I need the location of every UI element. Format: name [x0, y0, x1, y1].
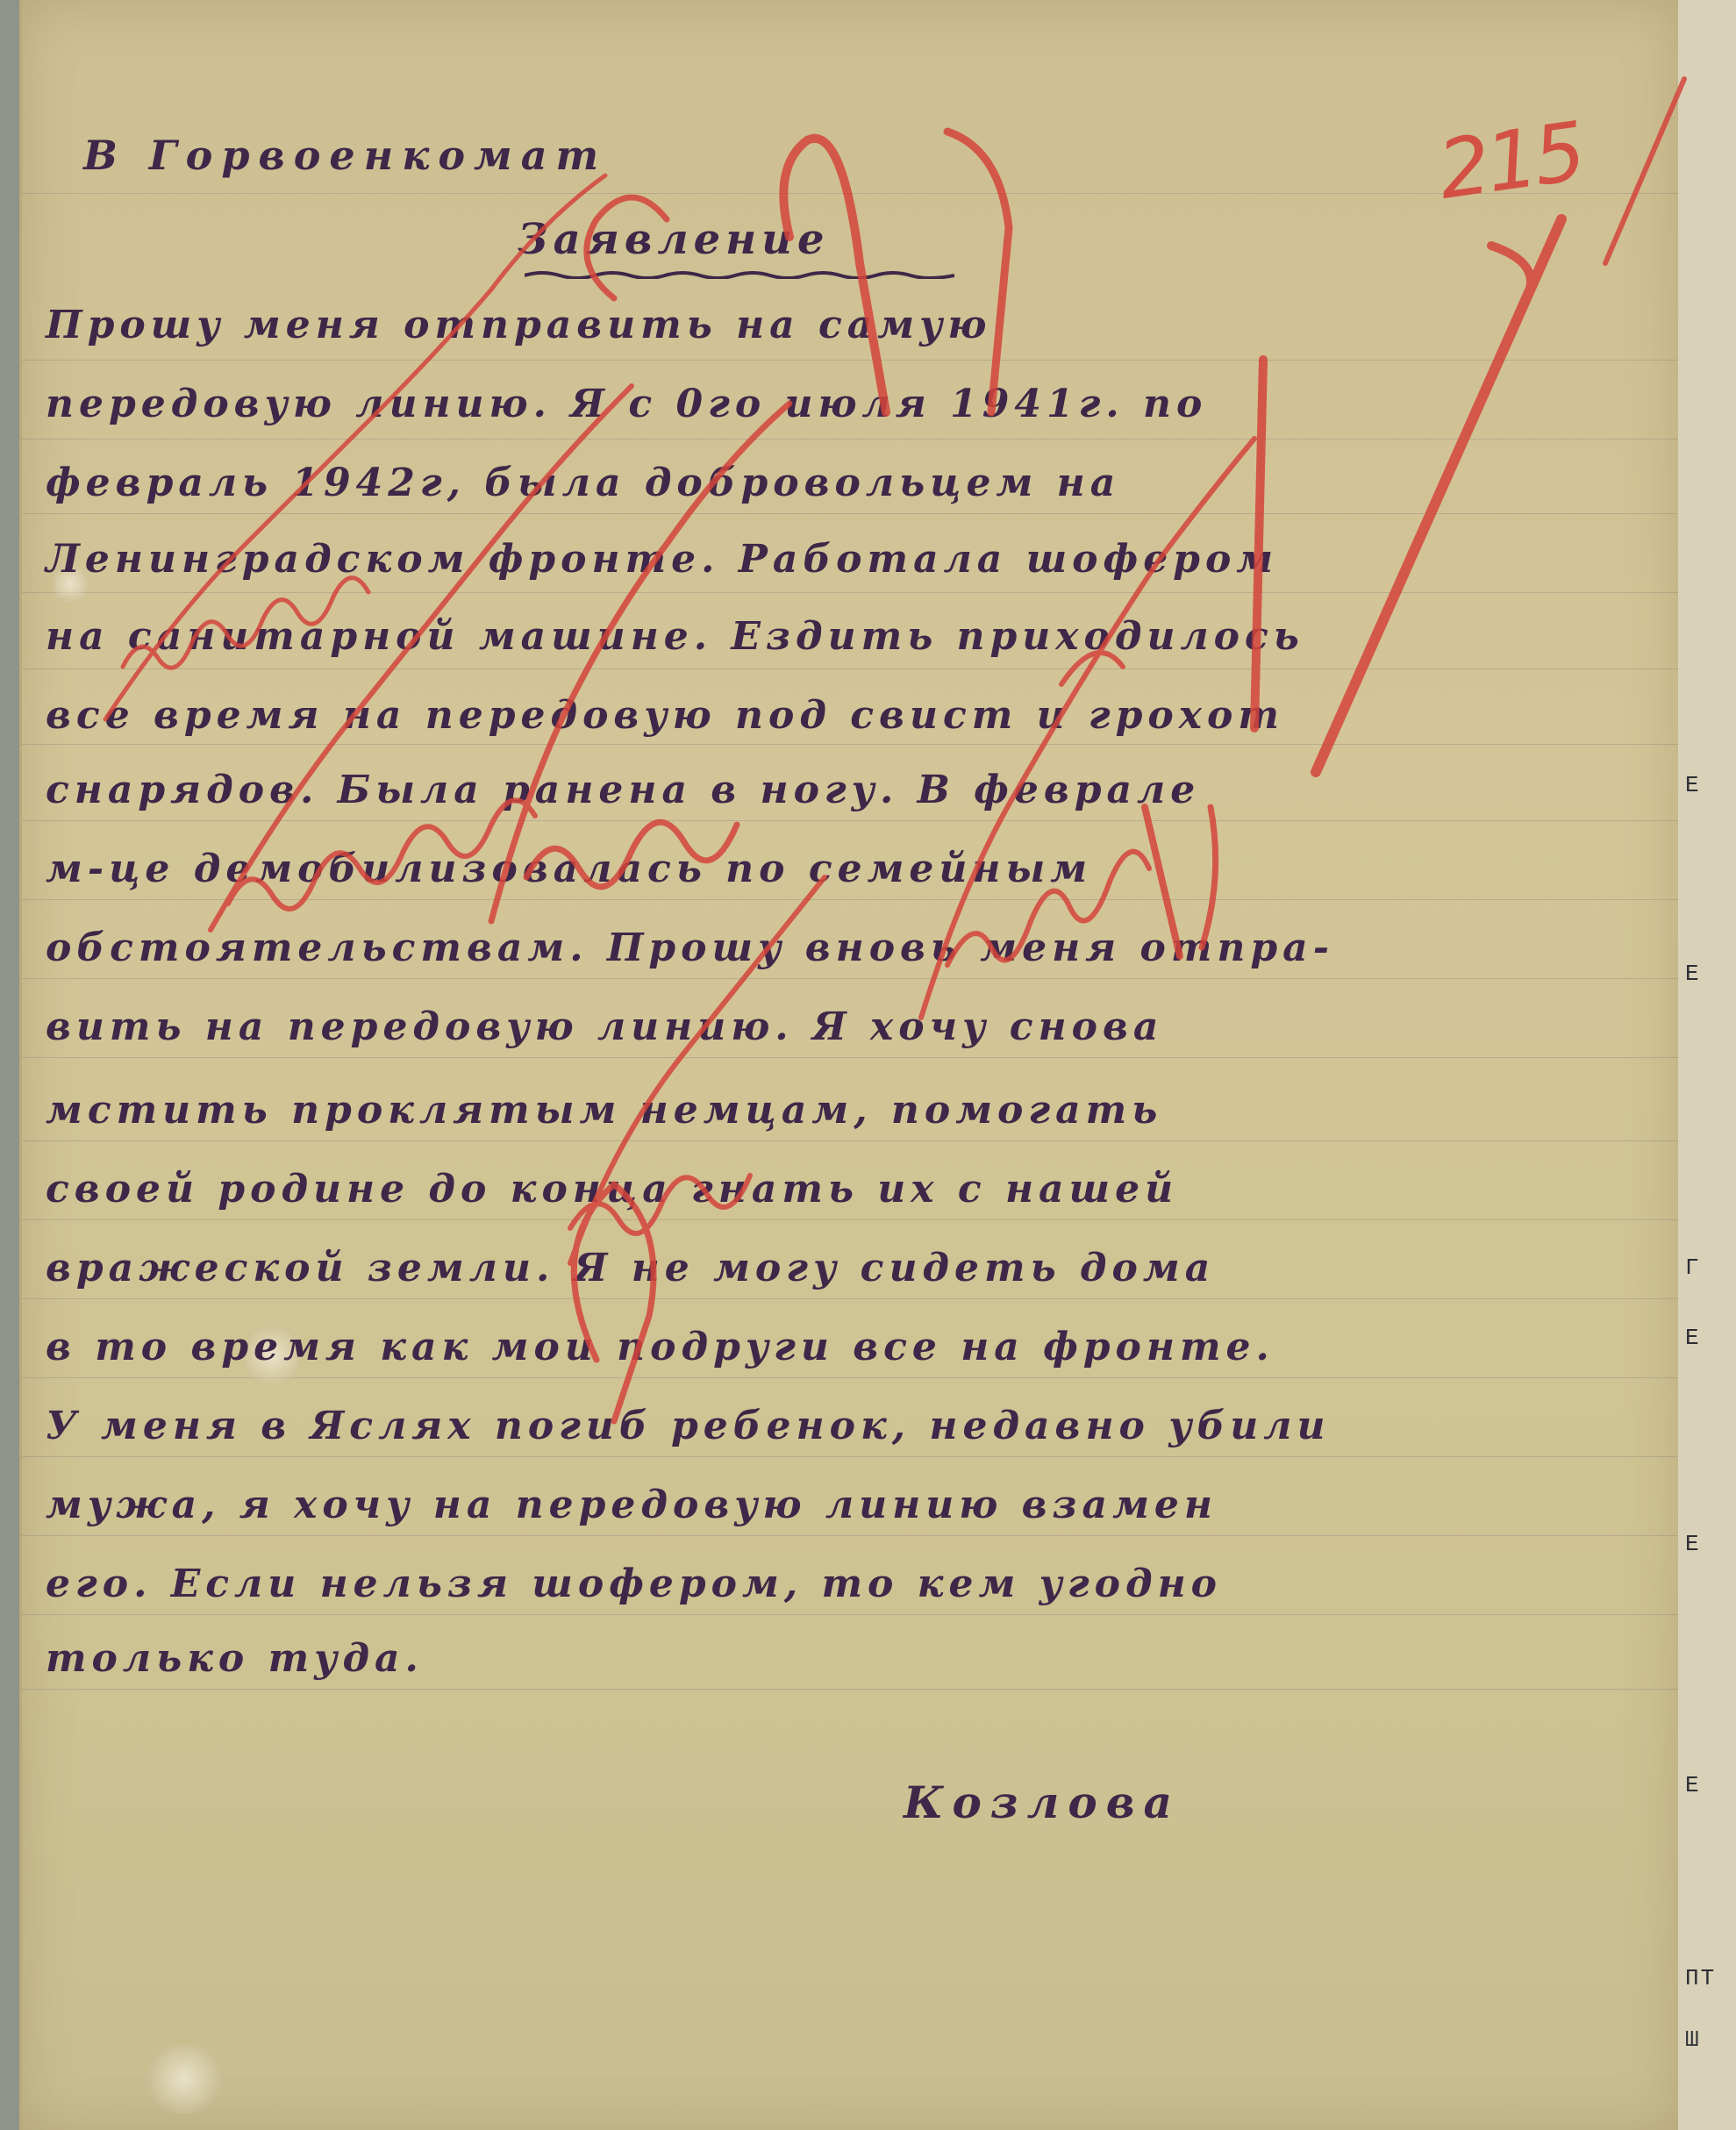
- body-line: Прошу меня отправить на самую: [46, 303, 992, 347]
- ruled-line: [22, 1535, 1678, 1536]
- ruled-line: [22, 1140, 1678, 1141]
- ruled-line: [22, 360, 1678, 361]
- backing-text-fragment: Ш: [1685, 2026, 1701, 2053]
- backing-text-fragment: Г: [1685, 1254, 1701, 1281]
- body-line: м-це демобилизовалась по семейным: [46, 847, 1092, 891]
- document-title: Заявление: [518, 215, 830, 264]
- ruled-line: [22, 1689, 1678, 1690]
- body-line: У меня в Яслях погиб ребенок, недавно уб…: [46, 1404, 1330, 1448]
- ruled-line: [22, 592, 1678, 593]
- backing-text-fragment: Е: [1685, 1772, 1701, 1798]
- backing-text-fragment: Е: [1685, 1531, 1701, 1557]
- title-wavy-underline: [525, 270, 954, 279]
- ruled-line: [22, 1456, 1678, 1457]
- body-line: вить на передовую линию. Я хочу снова: [46, 1004, 1163, 1049]
- paper-stain: [145, 2044, 224, 2114]
- body-line: февраль 1942г, была добровольцем на: [46, 461, 1120, 505]
- body-line: вражеской земли. Я не могу сидеть дома: [46, 1246, 1215, 1290]
- body-line: на санитарной машине. Ездить приходилось: [46, 614, 1304, 659]
- ruled-line: [22, 744, 1678, 745]
- body-line: мужа, я хочу на передовую линию взамен: [46, 1483, 1218, 1527]
- backing-text-fragment: Е: [1685, 1325, 1701, 1351]
- ruled-line: [22, 668, 1678, 669]
- backing-text-fragment: ПТ: [1685, 1965, 1716, 1991]
- body-line: все время на передовую под свист и грохо…: [46, 693, 1284, 738]
- body-line: Ленинградском фронте. Работала шофером: [46, 537, 1278, 582]
- body-line: мстить проклятым немцам, помогать: [46, 1088, 1162, 1133]
- ruled-line: [22, 513, 1678, 514]
- body-line: своей родине до конца гнать их с нашей: [46, 1167, 1178, 1212]
- body-line: его. Если нельзя шофером, то кем угодно: [46, 1562, 1222, 1606]
- ruled-line: [22, 978, 1678, 979]
- body-line: обстоятельствам. Прошу вновь меня отпра-: [46, 926, 1334, 970]
- ruled-line: [22, 439, 1678, 440]
- addressee: В Горвоенкомат: [83, 132, 607, 179]
- backing-sheet: Е Е Г Е Е Е ПТ Ш: [1673, 0, 1736, 2130]
- body-line: в то время как мои подруги все на фронте…: [46, 1325, 1275, 1369]
- ruled-line: [22, 1219, 1678, 1220]
- body-line: снарядов. Была ранена в ногу. В феврале: [46, 768, 1200, 812]
- backing-text-fragment: Е: [1685, 961, 1701, 987]
- body-line: только туда.: [46, 1636, 424, 1681]
- signature: Козлова: [904, 1776, 1181, 1828]
- body-line: передовую линию. Я с 0го июля 1941г. по: [46, 382, 1207, 426]
- ruled-line: [22, 1298, 1678, 1299]
- archive-page-number: 215: [1432, 104, 1588, 218]
- ruled-line: [22, 899, 1678, 900]
- ruled-line: [22, 1614, 1678, 1615]
- ruled-line: [22, 820, 1678, 821]
- ruled-line: [22, 1057, 1678, 1058]
- ruled-line: [22, 193, 1678, 194]
- backing-text-fragment: Е: [1685, 772, 1701, 798]
